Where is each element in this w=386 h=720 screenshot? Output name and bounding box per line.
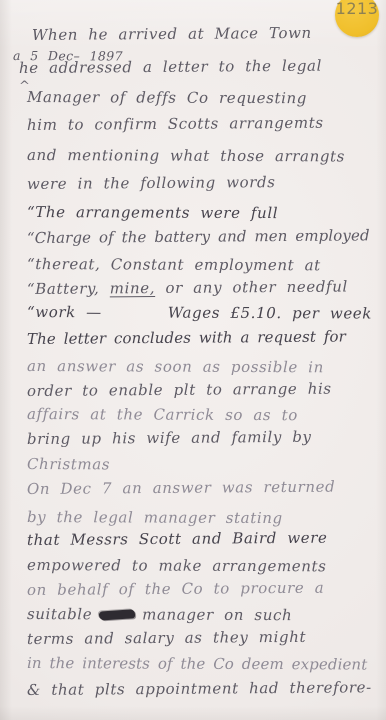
line-text: suitable (27, 605, 92, 623)
manuscript-line: on behalf of the Co to procure a (27, 579, 324, 600)
manuscript-line: affairs at the Carrick so as to (27, 405, 298, 425)
manuscript-line: terms and salary as they might (27, 628, 306, 649)
manuscript-scan-page: 1213 When he arrived at Mace Town a 5 De… (0, 0, 386, 720)
manuscript-line: an answer as soon as possible in (27, 357, 324, 377)
manuscript-line: in the interests of the Co deem expedien… (27, 654, 367, 674)
handwritten-text-block: When he arrived at Mace Town a 5 Dec– 18… (0, 0, 386, 720)
manuscript-line: suitablemanager on such (27, 605, 292, 625)
line-text: “Battery, (27, 279, 110, 298)
manuscript-line: Christmas (27, 455, 110, 474)
manuscript-line: him to confirm Scotts arrangemts (27, 114, 324, 135)
manuscript-line: When he arrived at Mace Town (32, 24, 312, 45)
manuscript-line: The letter concludes with a request for (27, 327, 346, 349)
manuscript-line: that Messrs Scott and Baird were (27, 529, 328, 550)
manuscript-line: he addressed a letter to the legal (19, 57, 322, 78)
line-text: manager on such (142, 606, 292, 625)
scribbled-out-word (99, 609, 136, 620)
manuscript-line: On Dec 7 an answer was returned (27, 478, 335, 499)
manuscript-line: Manager of deffs Co requesting (27, 88, 307, 108)
wages-note: Wages £5.10. per week (168, 304, 372, 324)
manuscript-line: “The arrangements were full (27, 203, 278, 223)
manuscript-line: empowered to make arrangements (27, 556, 327, 576)
manuscript-line: order to enable plt to arrange his (27, 380, 332, 401)
manuscript-line: “thereat, Constant employment at (27, 255, 321, 275)
line-text: or any other needful (155, 277, 348, 297)
manuscript-line: bring up his wife and family by (27, 428, 312, 449)
manuscript-line: “Battery, mine, or any other needful (27, 277, 348, 299)
manuscript-line: and mentioning what those arrangts (27, 146, 345, 166)
manuscript-line: “work —Wages £5.10. per week (27, 303, 372, 324)
manuscript-line: by the legal manager stating (27, 508, 283, 528)
underlined-word: mine, (110, 279, 155, 297)
insertion-caret-mark: ^ (19, 79, 30, 94)
line-text: “work — (27, 303, 102, 322)
manuscript-line: & that plts appointment had therefore- (27, 678, 372, 700)
manuscript-line: were in the following words (27, 173, 276, 194)
manuscript-line: “Charge of the battery and men employed (27, 226, 370, 248)
